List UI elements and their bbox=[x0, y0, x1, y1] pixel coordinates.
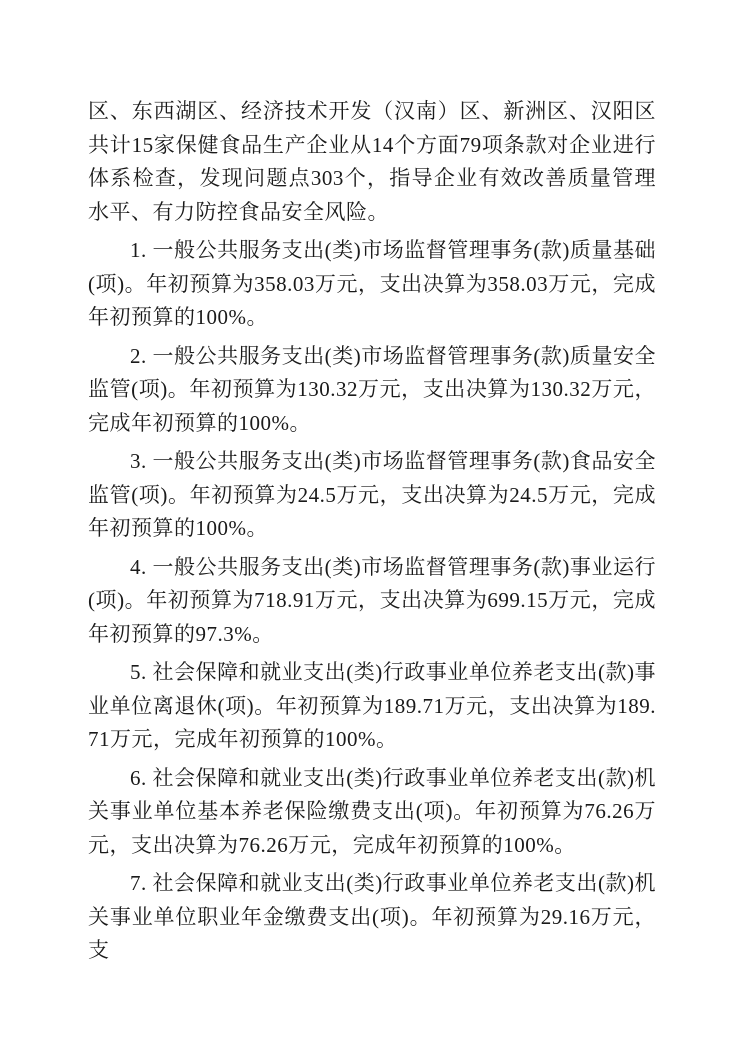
paragraph: 6. 社会保障和就业支出(类)行政事业单位养老支出(款)机关事业单位基本养老保险… bbox=[88, 762, 656, 863]
paragraph: 区、东西湖区、经济技术开发（汉南）区、新洲区、汉阳区共计15家保健食品生产企业从… bbox=[88, 95, 656, 229]
paragraph: 3. 一般公共服务支出(类)市场监督管理事务(款)食品安全监管(项)。年初预算为… bbox=[88, 445, 656, 546]
document-body: 区、东西湖区、经济技术开发（汉南）区、新洲区、汉阳区共计15家保健食品生产企业从… bbox=[88, 95, 656, 968]
paragraph: 5. 社会保障和就业支出(类)行政事业单位养老支出(款)事业单位离退休(项)。年… bbox=[88, 656, 656, 757]
paragraph: 2. 一般公共服务支出(类)市场监督管理事务(款)质量安全监管(项)。年初预算为… bbox=[88, 340, 656, 441]
paragraph: 7. 社会保障和就业支出(类)行政事业单位养老支出(款)机关事业单位职业年金缴费… bbox=[88, 867, 656, 968]
document-page: 区、东西湖区、经济技术开发（汉南）区、新洲区、汉阳区共计15家保健食品生产企业从… bbox=[0, 0, 744, 1052]
paragraph: 4. 一般公共服务支出(类)市场监督管理事务(款)事业运行(项)。年初预算为71… bbox=[88, 551, 656, 652]
paragraph: 1. 一般公共服务支出(类)市场监督管理事务(款)质量基础(项)。年初预算为35… bbox=[88, 234, 656, 335]
